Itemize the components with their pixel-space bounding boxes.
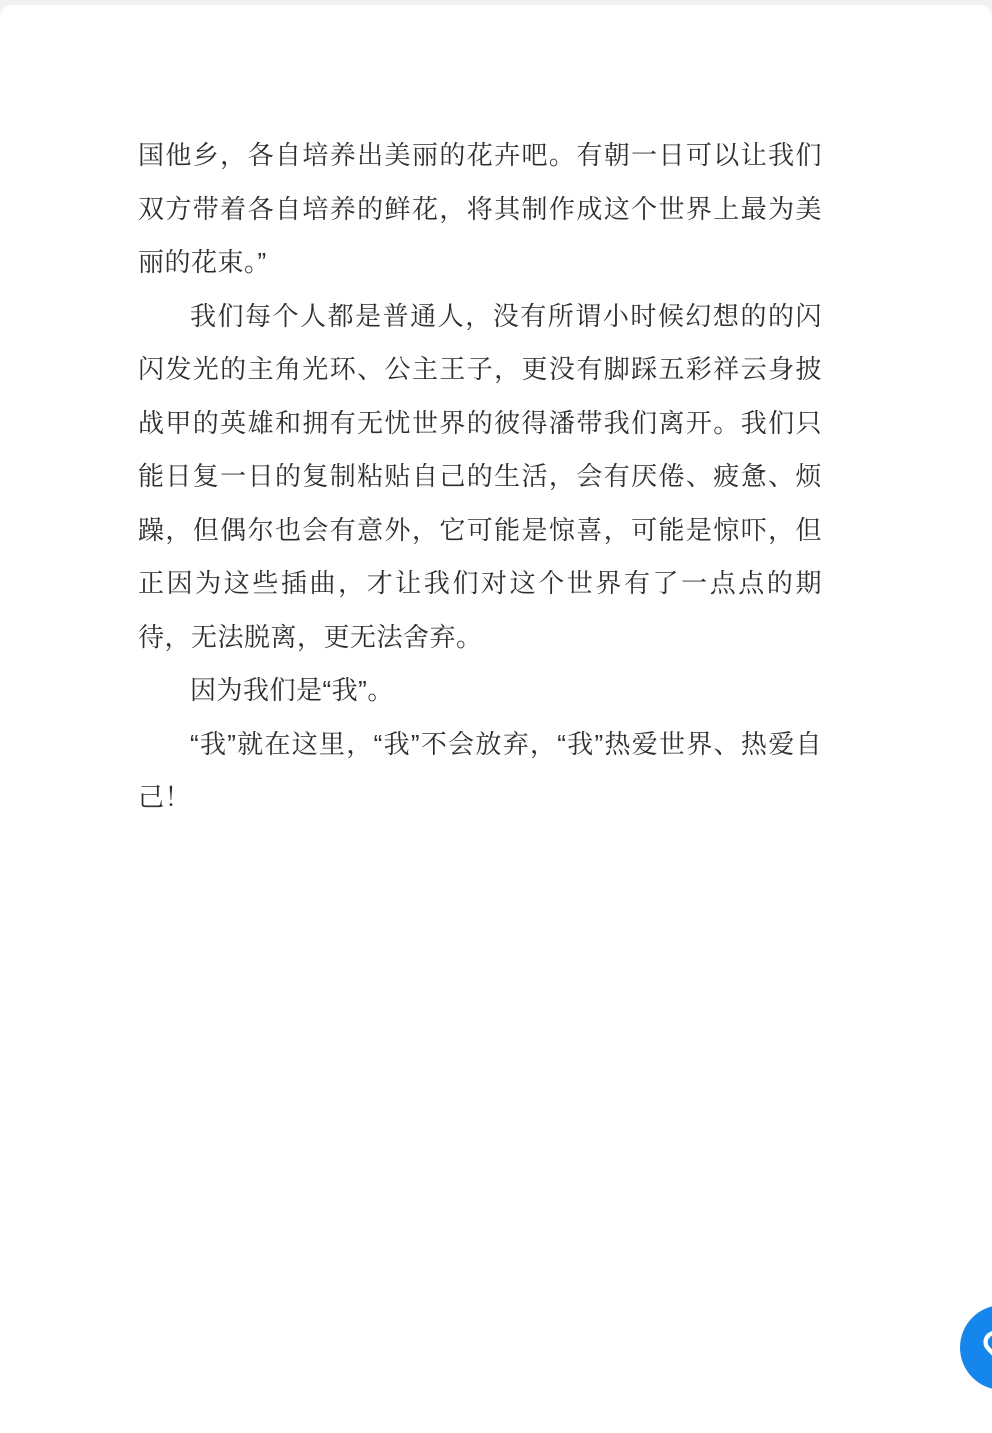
paragraph: 因为我们是“我”。 (138, 664, 822, 718)
chapter-text: 国他乡，各自培养出美丽的花卉吧。有朝一日可以让我们双方带着各自培养的鲜花，将其制… (138, 129, 822, 825)
paragraph: 我们每个人都是普通人，没有所谓小时候幻想的的闪闪发光的主角光环、公主王子，更没有… (138, 290, 822, 665)
heart-icon (983, 1328, 992, 1368)
paragraph: 国他乡，各自培养出美丽的花卉吧。有朝一日可以让我们双方带着各自培养的鲜花，将其制… (138, 129, 822, 290)
paragraph: “我”就在这里，“我”不会放弃，“我”热爱世界、热爱自己！ (138, 718, 822, 825)
reader-page: 国他乡，各自培养出美丽的花卉吧。有朝一日可以让我们双方带着各自培养的鲜花，将其制… (0, 5, 992, 1433)
